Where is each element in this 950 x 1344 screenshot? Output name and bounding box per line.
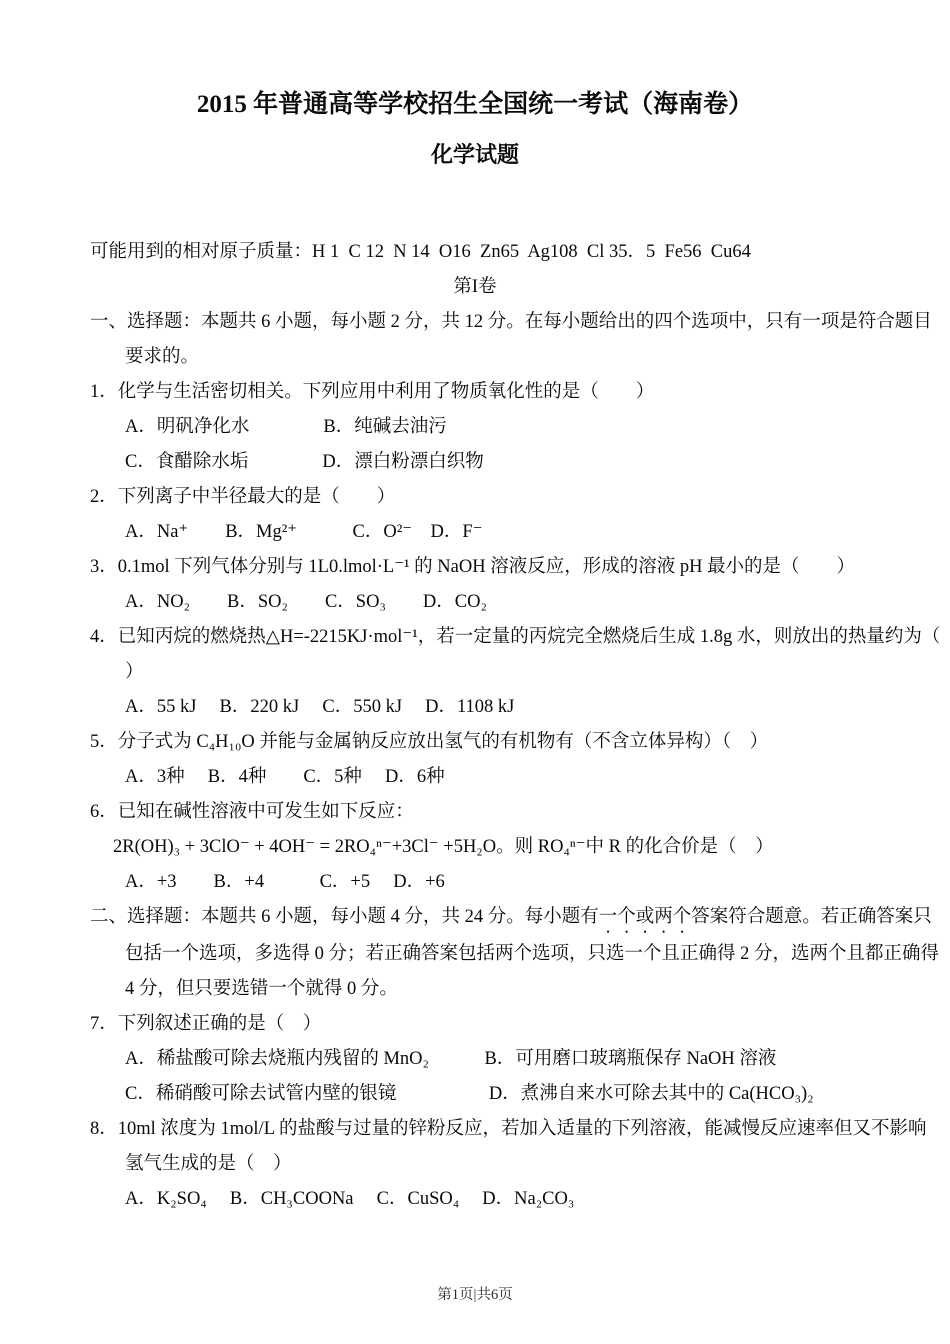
- question-5-stem: 5．分子式为 C₄H₁₀O 并能与金属钠反应放出氢气的有机物有（不含立体异构）（…: [0, 725, 950, 760]
- question-5-options: A．3种 B．4种 C．5种 D．6种: [0, 760, 950, 795]
- question-8-options: A．K₂SO₄ B．CH₃COONa C．CuSO₄ D．Na₂CO₃: [0, 1182, 950, 1217]
- section1-intro-line1: 一、选择题：本题共 6 小题，每小题 2 分，共 12 分。在每小题给出的四个选…: [0, 305, 950, 340]
- question-7-stem: 7．下列叙述正确的是（ ）: [0, 1007, 950, 1042]
- section2-intro-emphasized: 一个或两个: [599, 907, 692, 927]
- question-3-options: A．NO₂ B．SO₂ C．SO₃ D．CO₂: [0, 585, 950, 620]
- question-4-options: A．55 kJ B．220 kJ C．550 kJ D．1108 kJ: [0, 690, 950, 725]
- question-6-equation: 2R(OH)₃ + 3ClO⁻ + 4OH⁻ = 2RO₄ⁿ⁻+3Cl⁻ +5H…: [0, 830, 950, 865]
- question-2-options: A．Na⁺ B．Mg²⁺ C．O²⁻ D．F⁻: [0, 515, 950, 550]
- question-2-stem: 2．下列离子中半径最大的是（ ）: [0, 480, 950, 515]
- section2-intro-line1: 二、选择题：本题共 6 小题，每小题 4 分，共 24 分。每小题有一个或两个答…: [0, 900, 950, 937]
- question-1-options-cd: C．食醋除水垢 D．漂白粉漂白织物: [0, 445, 950, 480]
- section2-intro-line1-after: 答案符合题意。若正确答案只: [691, 907, 932, 927]
- question-7-options-cd: C．稀硝酸可除去试管内壁的银镜 D．煮沸自来水可除去其中的 Ca(HCO₃)₂: [0, 1077, 950, 1112]
- question-1-stem: 1．化学与生活密切相关。下列应用中利用了物质氧化性的是（ ）: [0, 375, 950, 410]
- atomic-mass-note: 可能用到的相对原子质量：H 1 C 12 N 14 O16 Zn65 Ag108…: [0, 235, 950, 270]
- exam-paper-page: 2015 年普通高等学校招生全国统一考试（海南卷） 化学试题 可能用到的相对原子…: [0, 0, 950, 1344]
- question-6-stem: 6．已知在碱性溶液中可发生如下反应：: [0, 795, 950, 830]
- question-3-stem: 3．0.1mol 下列气体分别与 1L0.lmol·L⁻¹ 的 NaOH 溶液反…: [0, 550, 950, 585]
- exam-subtitle: 化学试题: [0, 140, 950, 170]
- page-footer: 第1页|共6页: [0, 1283, 950, 1304]
- question-6-options: A．+3 B．+4 C．+5 D．+6: [0, 865, 950, 900]
- question-4-stem-line2: ）: [0, 655, 950, 690]
- section1-intro-line2: 要求的。: [0, 340, 950, 375]
- question-1-options-ab: A．明矾净化水 B．纯碱去油污: [0, 410, 950, 445]
- section2-intro-line1-before: 二、选择题：本题共 6 小题，每小题 4 分，共 24 分。每小题有: [90, 907, 599, 927]
- section2-intro-line3: 4 分，但只要选错一个就得 0 分。: [0, 972, 950, 1007]
- question-8-stem-line1: 8．10ml 浓度为 1mol/L 的盐酸与过量的锌粉反应，若加入适量的下列溶液…: [0, 1112, 950, 1147]
- exam-title: 2015 年普通高等学校招生全国统一考试（海南卷）: [0, 90, 950, 120]
- part1-heading: 第I卷: [0, 270, 950, 305]
- question-7-options-ab: A．稀盐酸可除去烧瓶内残留的 MnO₂ B．可用磨口玻璃瓶保存 NaOH 溶液: [0, 1042, 950, 1077]
- question-8-stem-line2: 氢气生成的是（ ）: [0, 1147, 950, 1182]
- question-4-stem-line1: 4．已知丙烷的燃烧热△H=-2215KJ·mol⁻¹，若一定量的丙烷完全燃烧后生…: [0, 620, 950, 655]
- section2-intro-line2: 包括一个选项，多选得 0 分；若正确答案包括两个选项，只选一个且正确得 2 分，…: [0, 937, 950, 972]
